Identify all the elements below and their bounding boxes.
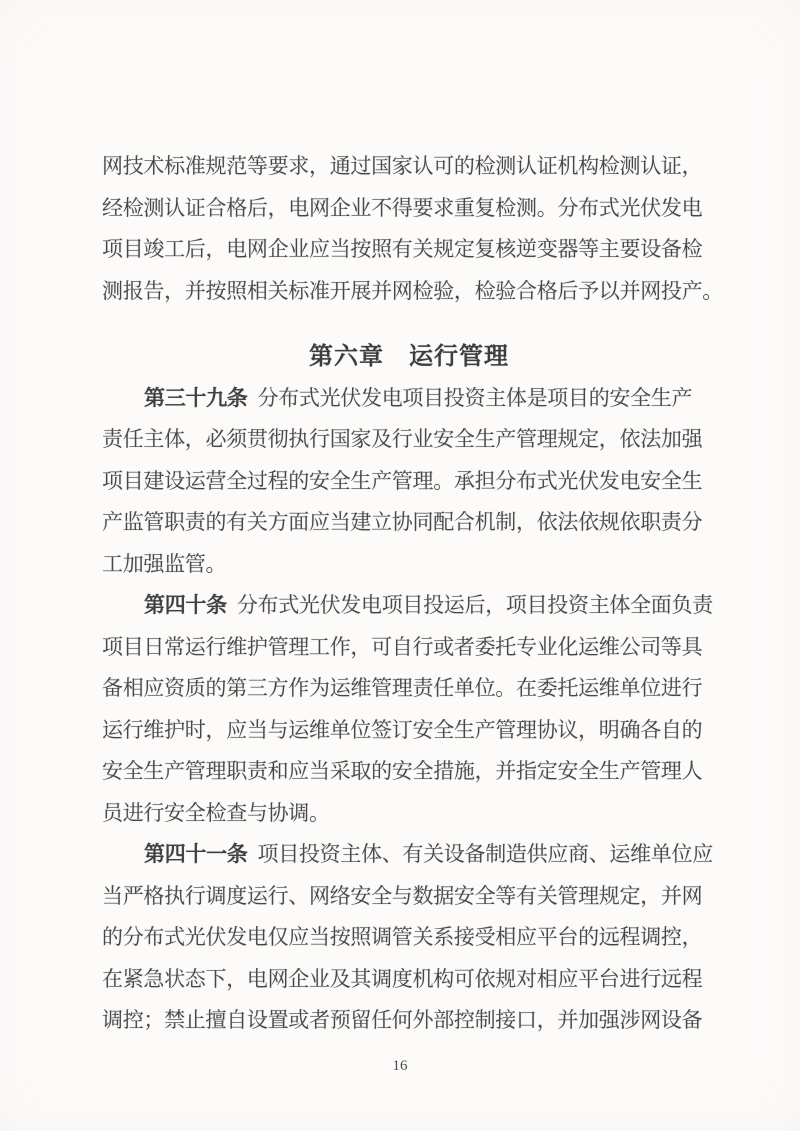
text-line: 调控；禁止擅自设置或者预留任何外部控制接口，并加强涉网设备 bbox=[102, 1000, 716, 1042]
article-first-line: 第四十条分布式光伏发电项目投运后，项目投资主体全面负责 bbox=[102, 585, 716, 627]
text-line: 测报告，并按照相关标准开展并网检验，检验合格后予以并网投产。 bbox=[102, 271, 716, 313]
page-number: 16 bbox=[0, 1058, 800, 1075]
text-line: 的分布式光伏发电仅应当按照调管关系接受相应平台的远程调控， bbox=[102, 917, 716, 959]
article-number: 第四十一条 bbox=[144, 843, 248, 866]
article-text: 分布式光伏发电项目投运后，项目投资主体全面负责 bbox=[237, 593, 713, 617]
text-line: 员进行安全检查与协调。 bbox=[102, 793, 716, 835]
text-line: 在紧急状态下，电网企业及其调度机构可依规对相应平台进行远程 bbox=[102, 959, 716, 1001]
chapter-heading: 第六章 运行管理 bbox=[102, 336, 716, 378]
article-first-line: 第三十九条分布式光伏发电项目投资主体是项目的安全生产 bbox=[102, 378, 716, 420]
article-first-line: 第四十一条项目投资主体、有关设备制造供应商、运维单位应 bbox=[102, 834, 716, 876]
article-text: 分布式光伏发电项目投资主体是项目的安全生产 bbox=[258, 386, 693, 410]
text-line: 当严格执行调度运行、网络安全与数据安全等有关管理规定，并网 bbox=[102, 876, 716, 918]
text-line: 安全生产管理职责和应当采取的安全措施，并指定安全生产管理人 bbox=[102, 751, 716, 793]
document-page: 网技术标准规范等要求，通过国家认可的检测认证机构检测认证， 经检测认证合格后，电… bbox=[0, 0, 800, 1131]
text-line: 备相应资质的第三方作为运维管理责任单位。在委托运维单位进行 bbox=[102, 668, 716, 710]
article-number: 第三十九条 bbox=[144, 387, 248, 410]
text-line: 经检测认证合格后，电网企业不得要求重复检测。分布式光伏发电 bbox=[102, 188, 716, 230]
text-line: 工加强监管。 bbox=[102, 544, 716, 586]
text-line: 项目日常运行维护管理工作，可自行或者委托专业化运维公司等具 bbox=[102, 627, 716, 669]
text-line: 网技术标准规范等要求，通过国家认可的检测认证机构检测认证， bbox=[102, 146, 716, 188]
text-line: 运行维护时，应当与运维单位签订安全生产管理协议，明确各自的 bbox=[102, 710, 716, 752]
text-line: 产监管职责的有关方面应当建立协同配合机制，依法依规依职责分 bbox=[102, 502, 716, 544]
article-text: 项目投资主体、有关设备制造供应商、运维单位应 bbox=[258, 842, 713, 866]
article-number: 第四十条 bbox=[144, 594, 227, 617]
body-text-block: 网技术标准规范等要求，通过国家认可的检测认证机构检测认证， 经检测认证合格后，电… bbox=[102, 146, 716, 1042]
text-line: 责任主体，必须贯彻执行国家及行业安全生产管理规定，依法加强 bbox=[102, 419, 716, 461]
text-line: 项目建设运营全过程的安全生产管理。承担分布式光伏发电安全生 bbox=[102, 461, 716, 503]
text-line: 项目竣工后，电网企业应当按照有关规定复核逆变器等主要设备检 bbox=[102, 229, 716, 271]
